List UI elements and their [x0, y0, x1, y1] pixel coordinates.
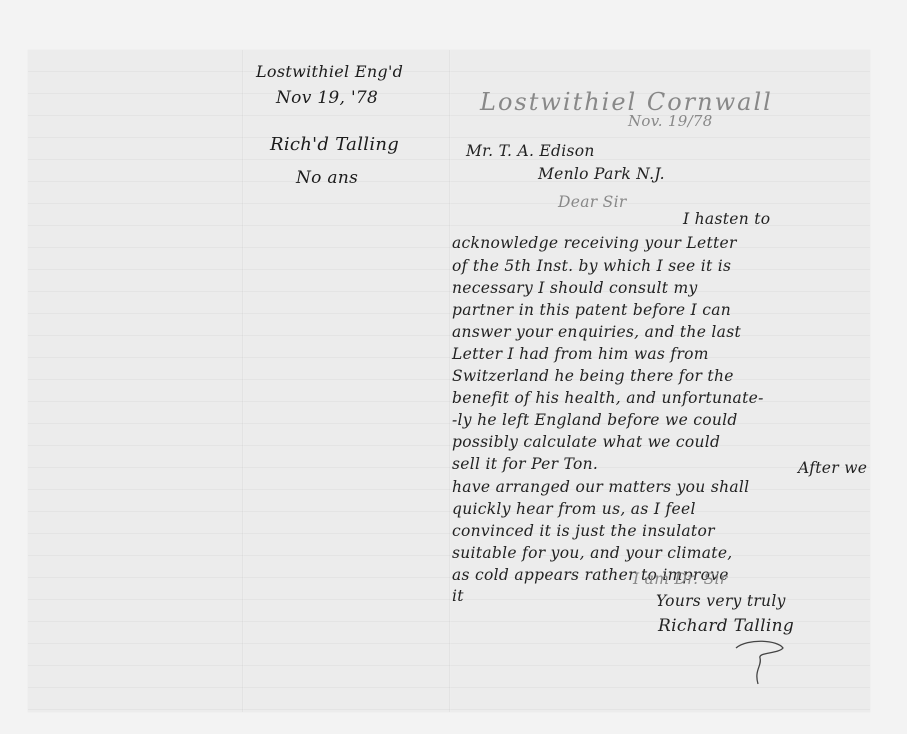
letter-paper: Lostwithiel Eng'd Nov 19, '78 Rich'd Tal…	[28, 50, 870, 712]
letter-date: Nov. 19/78	[628, 112, 713, 130]
body-line: it	[452, 587, 464, 605]
salutation: Dear Sir	[558, 193, 627, 211]
signature-flourish-icon	[728, 638, 798, 688]
body-line: possibly calculate what we could	[452, 433, 720, 451]
body-line: suitable for you, and your climate,	[452, 544, 733, 562]
body-line: partner in this patent before I can	[452, 301, 731, 319]
letter-place: Lostwithiel Cornwall	[480, 88, 773, 116]
body-line: sell it for Per Ton.	[452, 455, 598, 473]
closing-line-1: I am Dr. Sir	[633, 570, 728, 588]
signature: Richard Talling	[658, 616, 794, 636]
recipient-name: Mr. T. A. Edison	[466, 142, 595, 160]
body-line: Letter I had from him was from	[452, 345, 709, 363]
fold-line-right	[449, 50, 451, 712]
closing-line-2: Yours very truly	[656, 592, 786, 610]
recipient-address: Menlo Park N.J.	[538, 165, 665, 183]
body-line: of the 5th Inst. by which I see it is	[452, 257, 731, 275]
body-line: acknowledge receiving your Letter	[452, 234, 737, 252]
fold-line-left	[242, 50, 244, 712]
body-line: necessary I should consult my	[452, 279, 698, 297]
body-line: answer your enquiries, and the last	[452, 323, 741, 341]
body-line: I hasten to	[683, 210, 770, 228]
body-line: quickly hear from us, as I feel	[452, 500, 696, 518]
body-line: -ly he left England before we could	[452, 411, 738, 429]
body-line: benefit of his health, and unfortunate-	[452, 389, 764, 407]
docket-author: Rich'd Talling	[270, 134, 399, 155]
body-line: Switzerland he being there for the	[452, 367, 734, 385]
body-line: convinced it is just the insulator	[452, 522, 715, 540]
body-line: have arranged our matters you shall	[452, 478, 749, 496]
docket-place: Lostwithiel Eng'd	[256, 62, 403, 81]
body-line: After we	[798, 459, 867, 477]
docket-date: Nov 19, '78	[276, 88, 378, 108]
docket-note: No ans	[296, 168, 358, 188]
